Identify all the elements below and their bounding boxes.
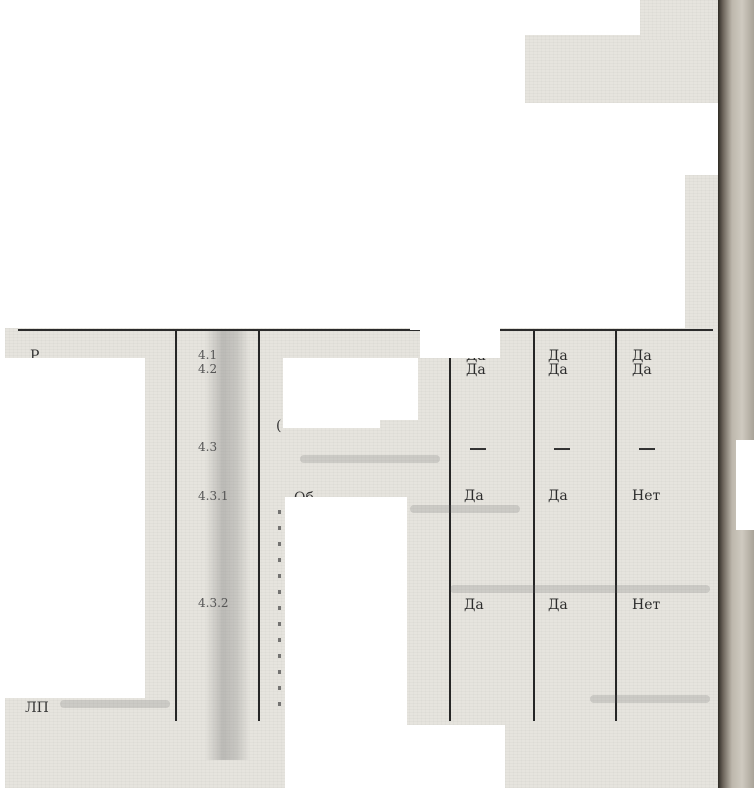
row-number: 4.3.1: [198, 489, 229, 503]
redaction-mask: [407, 725, 505, 788]
cell-col3: Да: [632, 363, 652, 377]
row-number: 4.2: [198, 362, 217, 376]
cell-col2: Да: [548, 363, 568, 377]
cell-dash: [554, 448, 570, 450]
cell-col2: Да: [548, 349, 568, 363]
redaction-mask: [420, 330, 500, 358]
row-number: 4.3: [198, 440, 217, 454]
row-number: 4.1: [198, 348, 217, 362]
paper-top-right: [525, 35, 720, 103]
cell-col3: Нет: [632, 598, 660, 612]
redaction-mask: [0, 358, 145, 698]
cell-col2: Да: [548, 489, 568, 503]
scan-shadow: [205, 330, 250, 760]
scan-streak: [410, 505, 520, 513]
redaction-mask: [736, 440, 754, 530]
paper-top-corner: [640, 0, 720, 40]
row-number: 4.3.2: [198, 596, 229, 610]
col-divider-5: [615, 331, 617, 721]
cell-dash: [470, 448, 486, 450]
redaction-mask: [685, 103, 711, 175]
cell-dash: [639, 448, 655, 450]
text-margin-dots: [278, 510, 281, 710]
col-divider-2: [258, 331, 260, 721]
book-spine: [718, 0, 754, 788]
scan-streak: [450, 585, 710, 593]
paper-right-strip: [685, 175, 720, 335]
redaction-mask: [525, 0, 640, 35]
cell-col1: Да: [464, 489, 484, 503]
redaction-mask: [0, 0, 525, 328]
scan-streak: [60, 700, 170, 708]
scan-streak: [300, 455, 440, 463]
cell-col3: Нет: [632, 489, 660, 503]
redaction-mask: [283, 358, 418, 420]
table-top-rule: [18, 329, 713, 331]
cell-col2: Да: [548, 598, 568, 612]
col-divider-3: [449, 331, 451, 721]
redaction-mask: [525, 103, 685, 328]
row-desc-fragment: (: [276, 418, 281, 434]
scan-streak: [590, 695, 710, 703]
cell-col1: Да: [466, 363, 486, 377]
col-divider-1: [175, 331, 177, 721]
cell-col3: Да: [632, 349, 652, 363]
left-label-bottom: ЛП: [25, 700, 49, 716]
redaction-mask: [283, 420, 380, 428]
redaction-mask: [285, 497, 407, 788]
col-divider-4: [533, 331, 535, 721]
cell-col1: Да: [464, 598, 484, 612]
